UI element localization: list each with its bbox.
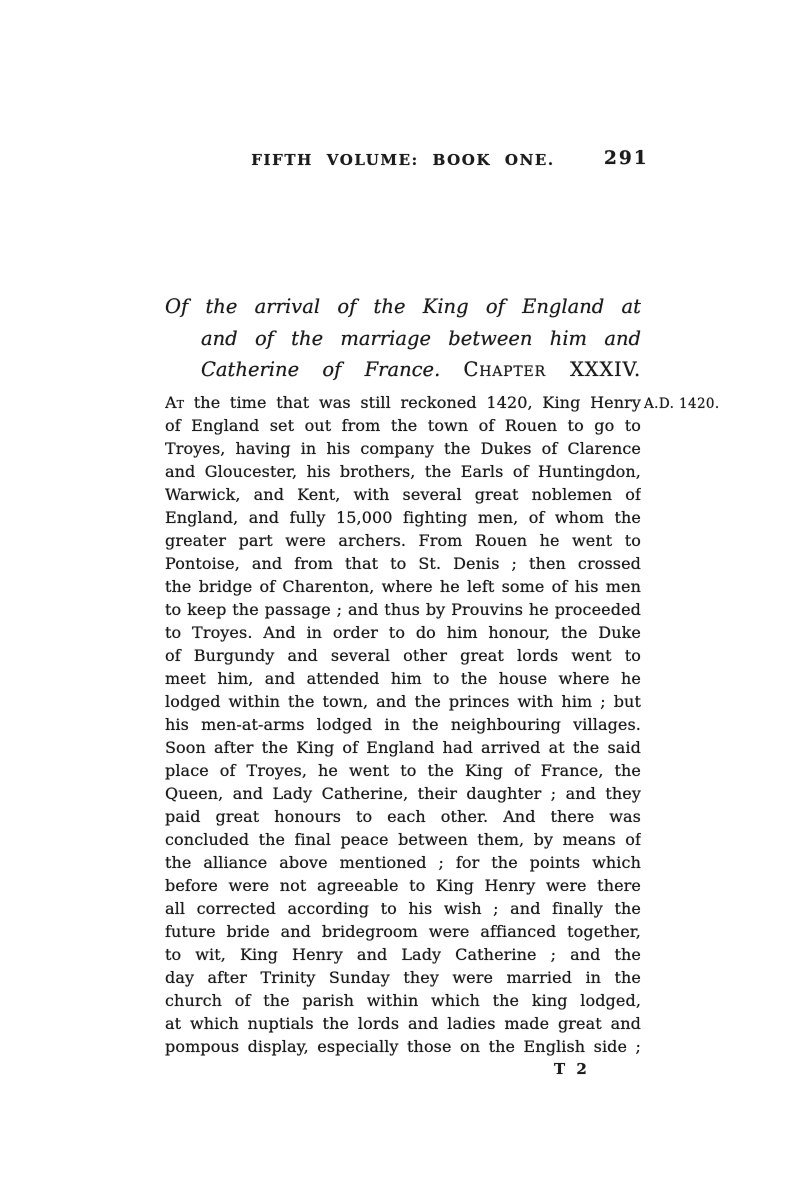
body-text: At the time that was still reckoned 1420… [165, 391, 641, 1058]
body-line: the bridge of Charenton, where he left s… [165, 575, 641, 598]
body-line: church of the parish within which the ki… [165, 989, 641, 1012]
body-line: to wit, King Henry and Lady Catherine ; … [165, 943, 641, 966]
body-line: pompous display, especially those on the… [165, 1035, 641, 1058]
body-line: Warwick, and Kent, with several great no… [165, 483, 641, 506]
body-line: all corrected according to his wish ; an… [165, 897, 641, 920]
chapter-heading-title-end: Catherine of France. [201, 358, 440, 381]
chapter-number-label: Chapter XXXIV. [464, 358, 641, 381]
body-line: and Gloucester, his brothers, the Earls … [165, 460, 641, 483]
body-line: Soon after the King of England had arriv… [165, 736, 641, 759]
chapter-heading-line-1: Of the arrival of the King of England at… [165, 291, 641, 323]
page-number: 291 [604, 148, 649, 169]
body-line: paid great honours to each other. And th… [165, 805, 641, 828]
body-line: greater part were archers. From Rouen he… [165, 529, 641, 552]
chapter-heading-line-2: and of the marriage between him and Lady [165, 323, 641, 355]
running-head: FIFTH VOLUME: BOOK ONE. [165, 151, 641, 169]
body-line: Pontoise, and from that to St. Denis ; t… [165, 552, 641, 575]
margin-note-date: A.D. 1420. [644, 396, 720, 412]
signature-mark: T 2 [554, 1060, 590, 1078]
body-line: Troyes, having in his company the Dukes … [165, 437, 641, 460]
body-line: At the time that was still reckoned 1420… [165, 391, 641, 414]
body-line: his men-at-arms lodged in the neighbouri… [165, 713, 641, 736]
small-caps-word: At [165, 393, 184, 412]
body-line: the alliance above mentioned ; for the p… [165, 851, 641, 874]
body-line: lodged within the town, and the princes … [165, 690, 641, 713]
body-line: Queen, and Lady Catherine, their daughte… [165, 782, 641, 805]
body-line: future bride and bridegroom were affianc… [165, 920, 641, 943]
body-line: England, and fully 15,000 fighting men, … [165, 506, 641, 529]
body-line: meet him, and attended him to the house … [165, 667, 641, 690]
chapter-heading-line-3: Catherine of France. Chapter XXXIV. [165, 354, 641, 386]
body-line: of Burgundy and several other great lord… [165, 644, 641, 667]
body-line: to keep the passage ; and thus by Prouvi… [165, 598, 641, 621]
running-head-title: FIFTH VOLUME: BOOK ONE. [251, 151, 555, 169]
body-line: of England set out from the town of Roue… [165, 414, 641, 437]
body-line: day after Trinity Sunday they were marri… [165, 966, 641, 989]
body-line: place of Troyes, he went to the King of … [165, 759, 641, 782]
body-line: before were not agreeable to King Henry … [165, 874, 641, 897]
book-page: FIFTH VOLUME: BOOK ONE. 291 Of the arriv… [0, 0, 801, 1201]
body-line: at which nuptials the lords and ladies m… [165, 1012, 641, 1035]
chapter-heading: Of the arrival of the King of England at… [165, 291, 641, 386]
body-line: concluded the final peace between them, … [165, 828, 641, 851]
body-line: to Troyes. And in order to do him honour… [165, 621, 641, 644]
